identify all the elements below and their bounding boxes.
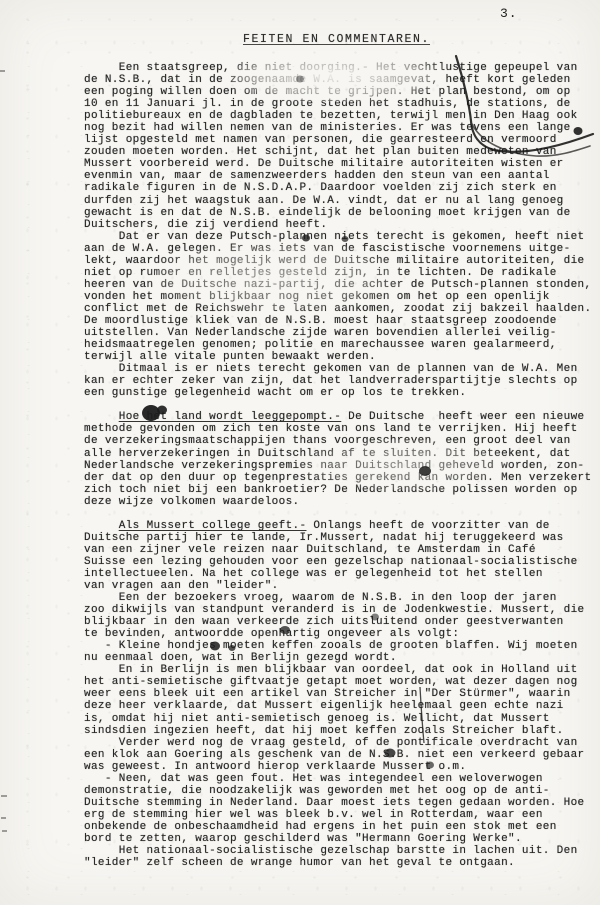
- document-title: FEITEN EN COMMENTAREN.: [84, 33, 589, 46]
- text-line: "leider" zelf scheen de wrange humor van…: [84, 857, 596, 869]
- text-line: Duitsche partij hier te lande, Ir.Musser…: [84, 532, 596, 544]
- text-line: demonstratie, die noodzakelijk was gewor…: [84, 785, 596, 797]
- text-line: conflict met de Reichswehr te laten aank…: [84, 303, 596, 315]
- text-line: radikale figuren in de N.S.D.A.P. Daardo…: [84, 182, 596, 194]
- text-line: te bevinden, antwoordde openhartig ongev…: [84, 628, 596, 640]
- text-line: terwijl alle vitale punten bewaakt werde…: [84, 351, 596, 363]
- text-line: niet op rumoer en relletjes gesteld zijn…: [84, 267, 596, 279]
- text-line: der dat op den duur op tegenprestaties g…: [84, 472, 596, 484]
- text-line: Hoe het land wordt leeggepompt.- De Duit…: [84, 411, 596, 423]
- text-line: vonden het moment blijkbaar nog niet gek…: [84, 291, 596, 303]
- text-line: bord te zetten, waarop geschilderd was "…: [84, 833, 596, 845]
- text-line: heeren van de Duitsche nazi-partij, die …: [84, 279, 596, 291]
- text-line: lijst opgesteld met namen van personen, …: [84, 134, 596, 146]
- text-line: sindsdien ingezien heeft, dat hij moet k…: [84, 725, 596, 737]
- text-line: intellectueelen. Na het college was er g…: [84, 568, 596, 580]
- text-line: Als Mussert college geeft.- Onlangs heef…: [84, 520, 596, 532]
- text-line: lekt, waardoor het mogelijk werd de Duit…: [84, 255, 596, 267]
- text-line: nog bezit had willen nemen van de minist…: [84, 122, 596, 134]
- text-line: alle herverzekeringen in Duitschland af …: [84, 448, 596, 460]
- text-line: En in Berlijn is men blijkbaar van oorde…: [84, 664, 596, 676]
- text-line: het anti-semietische giftvaatje getapt m…: [84, 676, 596, 688]
- text-line: zoo dikwijls van standpunt veranderd is …: [84, 604, 596, 616]
- text-line: durfden zij het waagstuk aan. De W.A. vi…: [84, 195, 596, 207]
- text-line: deze heer verklaarde, dat Mussert eigenl…: [84, 700, 596, 712]
- text-line: van een zijner vele reizen naar Duitschl…: [84, 544, 596, 556]
- text-line: 10 en 11 Januari jl. in de groote steden…: [84, 98, 596, 110]
- text-line: nu eenmaal doen, wat in Berlijn gezegd w…: [84, 652, 596, 664]
- text-line: weer eens bleek uit een artikel van Stre…: [84, 688, 596, 700]
- text-line: Verder werd nog de vraag gesteld, of de …: [84, 737, 596, 749]
- text-line: blijkbaar in den waan verkeerde zich uit…: [84, 616, 596, 628]
- text-line: Duitschers, die zij verdiend heeft.: [84, 219, 596, 231]
- text-line: de N.S.B., dat in de zoogenaamde W.A. is…: [84, 74, 596, 86]
- text-line: Ditmaal is er niets terecht gekomen van …: [84, 363, 596, 375]
- text-line: Een der bezoekers vroeg, waarom de N.S.B…: [84, 592, 596, 604]
- page-number: 3.: [500, 6, 518, 21]
- text-line: Het nationaal-socialistische gezelschap …: [84, 845, 596, 857]
- text-line: [84, 508, 596, 520]
- text-line: een gunstige gelegenheid wacht om er op …: [84, 387, 596, 399]
- document-text: Een staatsgreep, die niet doorging.- Het…: [84, 62, 596, 869]
- text-line: aan de W.A. gelegen. Er was iets van de …: [84, 243, 596, 255]
- text-line: evenmin van, maar de samenzweerders hadd…: [84, 170, 596, 182]
- text-line: methode gevonden om zich ten koste van o…: [84, 423, 596, 435]
- text-line: onbekende de onbeschaamdheid had ergens …: [84, 821, 596, 833]
- text-line: was geweest. In antwoord hierop verklaar…: [84, 761, 596, 773]
- text-line: heidsmaatregelen genomen; politie en mar…: [84, 339, 596, 351]
- text-line: zouden moeten worden. Het schijnt, dat h…: [84, 146, 596, 158]
- text-line: zich toch niet bij een bankroetier? De N…: [84, 484, 596, 496]
- text-line: Een staatsgreep, die niet doorging.- Het…: [84, 62, 596, 74]
- margin-mark: [0, 70, 5, 72]
- text-line: erg de stemming hier wel was bleek b.v. …: [84, 809, 596, 821]
- text-line: is, omdat hij niet anti-semietisch genoe…: [84, 713, 596, 725]
- text-line: gewacht is en dat de N.S.B. eindelijk de…: [84, 207, 596, 219]
- text-line: Nederlandsche verzekeringspremies naar D…: [84, 460, 596, 472]
- text-line: een poging willen doen om de macht te gr…: [84, 86, 596, 98]
- text-line: deze wijze volkomen waardeloos.: [84, 496, 596, 508]
- text-line: de verzekeringsmaatschappijen thans voor…: [84, 435, 596, 447]
- text-line: Duitsche stemming in Nederland. Daar moe…: [84, 797, 596, 809]
- margin-mark: [1, 795, 7, 797]
- text-line: politiebureaux en de dagbladen te bezett…: [84, 110, 596, 122]
- margin-mark: [2, 830, 7, 832]
- text-line: [84, 399, 596, 411]
- text-line: - Kleine hondjes moeten keffen zooals de…: [84, 640, 596, 652]
- text-line: kan er echter zeker van zijn, dat het la…: [84, 375, 596, 387]
- text-line: Suisse een lezing gehouden voor een geze…: [84, 556, 596, 568]
- margin-mark: [1, 817, 6, 819]
- text-line: een klok aan Goering als geschenk van de…: [84, 749, 596, 761]
- text-line: uitstellen. Van Nederlandsche zijde ware…: [84, 327, 596, 339]
- text-line: De moordlustige kliek van de N.S.B. moes…: [84, 315, 596, 327]
- text-line: van vragen aan den "leider".: [84, 580, 596, 592]
- text-line: - Neen, dat was geen fout. Het was integ…: [84, 773, 596, 785]
- document-page: 3. FEITEN EN COMMENTAREN. Een staatsgree…: [0, 0, 600, 905]
- text-line: Dat er van deze Putsch-plannen niets ter…: [84, 231, 596, 243]
- text-line: Mussert voorbereid werd. De Duitsche mil…: [84, 158, 596, 170]
